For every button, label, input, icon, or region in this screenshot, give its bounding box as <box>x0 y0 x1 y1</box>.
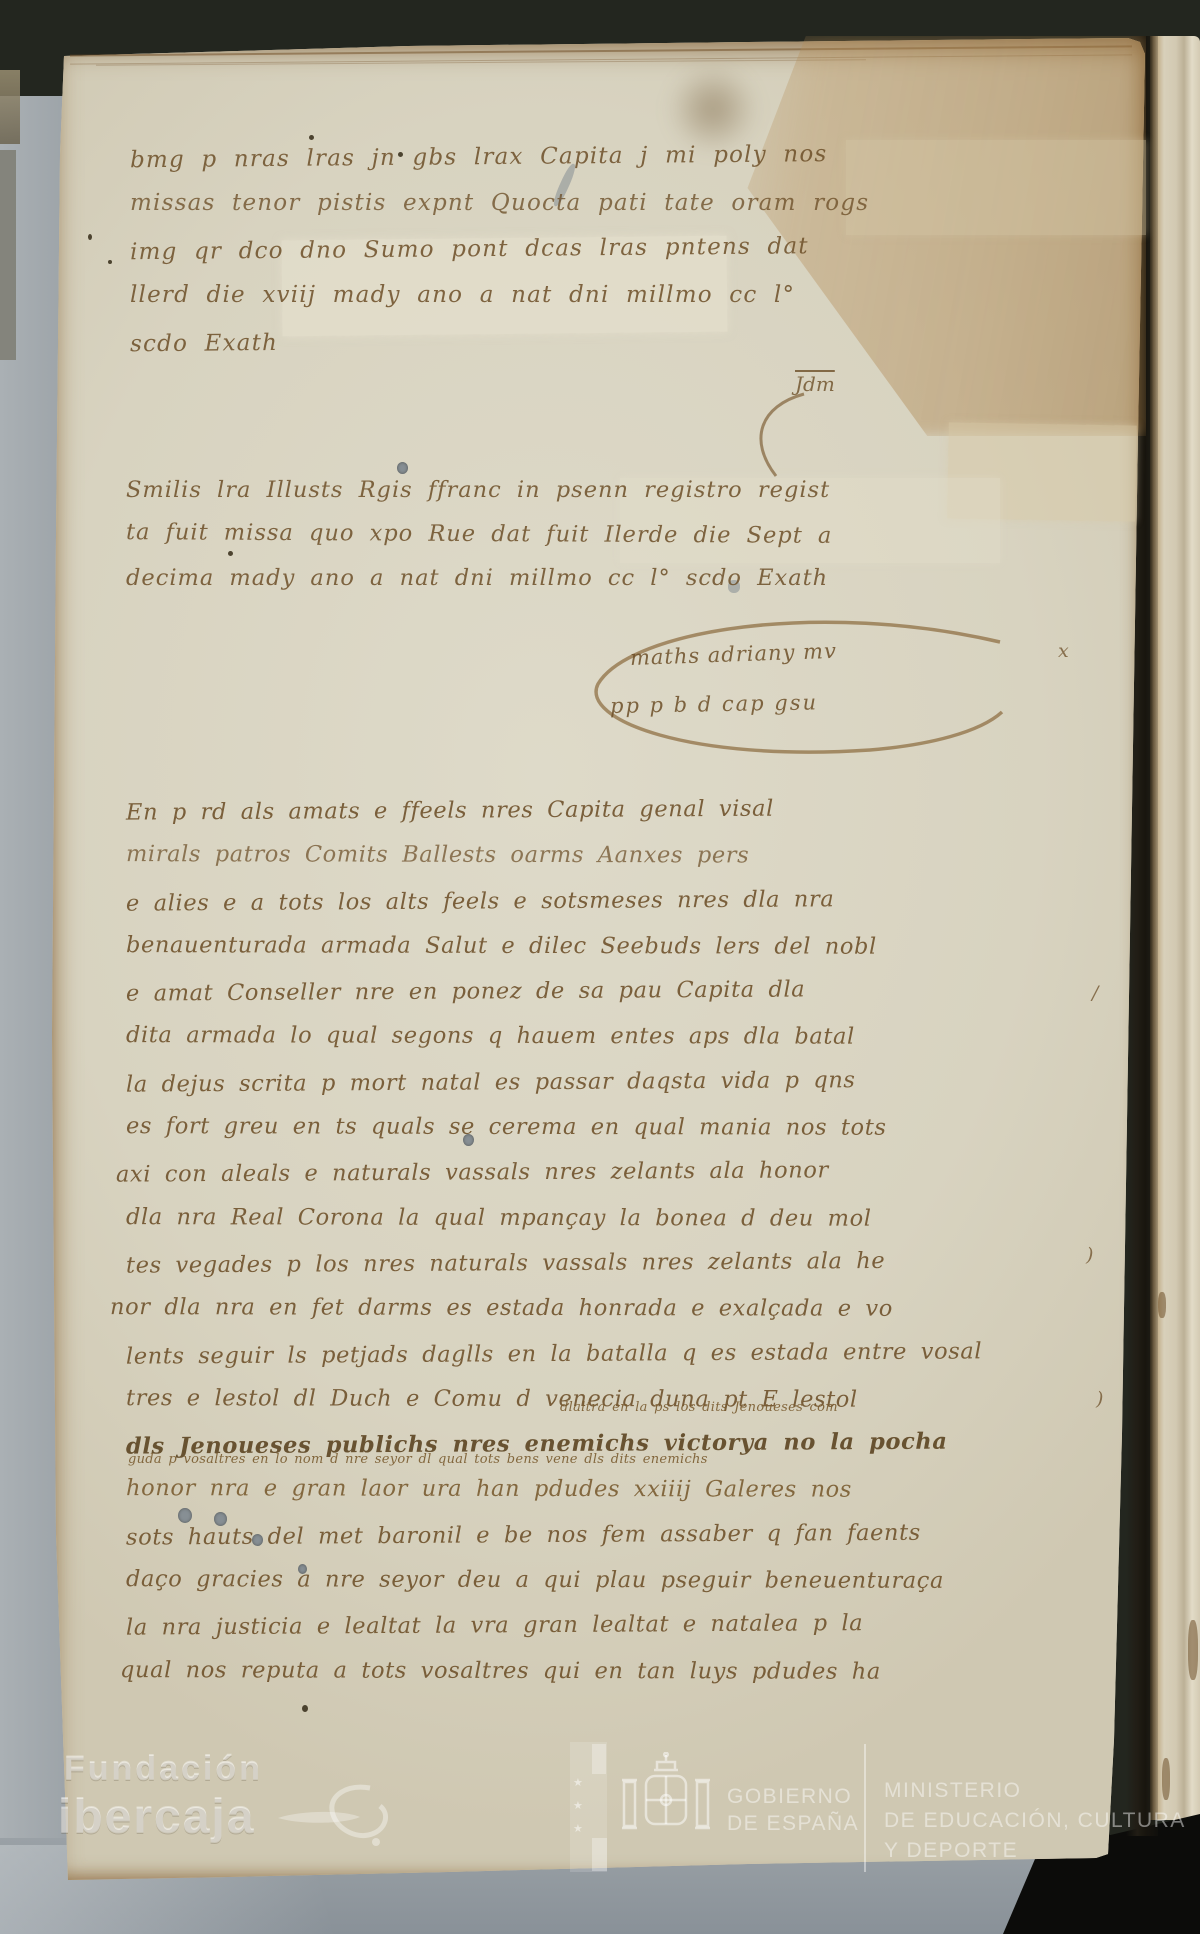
marginal-stroke: ) <box>1096 1388 1103 1410</box>
bleedthrough-ink-mark <box>1162 1758 1170 1800</box>
marginal-stroke: ) <box>1086 1244 1093 1266</box>
manuscript-line: daço gracies a nre seyor deu a qui plau … <box>126 1557 982 1604</box>
manuscript-line: llerd die xviij mady ano a nat dni millm… <box>130 272 869 318</box>
manuscript-line: honor nra e gran laor ura han pdudes xxi… <box>126 1467 982 1514</box>
letter-body-block: En p rd als amats e ffeels nres Capita g… <box>126 788 982 1694</box>
ibercaja-watermark-line1: Fundación <box>64 1750 263 1789</box>
signature-check-mark: x <box>1058 640 1069 662</box>
bleedthrough-ink-mark <box>1188 1620 1198 1680</box>
marginal-stroke: / <box>1092 982 1098 1004</box>
manuscript-line: sots hauts del met baronil e be nos fem … <box>126 1510 982 1561</box>
ink-speck <box>88 234 92 240</box>
manuscript-line: dita armada lo qual segons q hauem entes… <box>126 1014 982 1061</box>
manuscript-line: Smilis lra Illusts Rgis ffranc in psenn … <box>126 468 832 512</box>
manuscript-line: missas tenor pistis expnt Quocta pati ta… <box>130 180 869 226</box>
star-icon: ★ <box>573 1822 583 1835</box>
interlinear-note: dlaltra en la ps los dits Jenoueses com <box>560 1400 838 1415</box>
gov-flag-column: ★ ★ ★ <box>570 1742 607 1872</box>
manuscript-line: axi con aleals e naturals vassals nres z… <box>116 1148 982 1199</box>
ink-speck <box>108 260 112 264</box>
watermark-divider <box>864 1744 866 1872</box>
manuscript-line: tes vegades p los nres naturals vassals … <box>126 1238 982 1289</box>
archival-scan-stage: bmg p nras lras jn gbs lrax Capita j mi … <box>0 0 1200 1934</box>
manuscript-line: decima mady ano a nat dni millmo cc l° s… <box>126 556 832 600</box>
gobierno-watermark-line2: DE ESPAÑA <box>727 1812 859 1836</box>
gobierno-watermark-line1: GOBIERNO <box>727 1785 852 1809</box>
manuscript-line: img qr dco dno Sumo pont dcas lras pnten… <box>130 223 870 275</box>
ink-speck <box>302 1705 308 1712</box>
ibercaja-logo <box>272 1780 402 1865</box>
ibercaja-watermark-line2: ibercaja <box>58 1790 255 1845</box>
repair-tissue <box>846 140 1146 235</box>
manuscript-line: la dejus scrita p mort natal es passar d… <box>126 1057 982 1108</box>
star-icon: ★ <box>573 1776 583 1789</box>
manuscript-line: e alies e a tots los alts feels e sotsme… <box>126 876 982 927</box>
bleedthrough-ink-mark <box>1158 1292 1166 1318</box>
ministry-watermark-line3: Y DEPORTE <box>884 1839 1018 1863</box>
signature-title: pp p b d cap gsu <box>610 690 818 718</box>
manuscript-line: e amat Conseller nre en ponez de sa pau … <box>126 967 982 1018</box>
manuscript-line: es fort greu en ts quals se cerema en qu… <box>126 1104 982 1151</box>
spain-coat-of-arms-icon <box>616 1752 716 1862</box>
manuscript-line: bmg p nras lras jn gbs lrax Capita j mi … <box>130 131 870 183</box>
registry-note-block: Smilis lra Illusts Rgis ffranc in psenn … <box>126 468 832 600</box>
manuscript-line: mirals patros Comits Ballests oarms Aanx… <box>126 832 982 879</box>
manuscript-line: nor dla nra en fet darms es estada honra… <box>110 1285 982 1332</box>
manuscript-line: dla nra Real Corona la qual mpançay la b… <box>126 1195 982 1242</box>
manuscript-line: lents seguir ls petjads daglls en la bat… <box>126 1329 982 1380</box>
manuscript-line: tres e lestol dl Duch e Comu d venecia d… <box>126 1376 982 1423</box>
binding-edge-sliver <box>0 70 20 144</box>
cover-board-edge <box>0 150 16 360</box>
interlinear-note: guda p vosaltres en lo nom d nre seyor d… <box>128 1452 708 1467</box>
manuscript-line: ta fuit missa quo xpo Rue dat fuit Ilerd… <box>126 510 833 558</box>
ministry-watermark-line1: MINISTERIO <box>884 1779 1022 1803</box>
manuscript-line: scdo Exath <box>130 315 870 367</box>
gov-flag-notch <box>592 1838 607 1871</box>
latin-note-block: bmg p nras lras jn gbs lrax Capita j mi … <box>130 134 869 364</box>
gov-flag-notch <box>592 1744 606 1774</box>
manuscript-line: la nra justicia e lealtat la vra gran le… <box>126 1601 982 1652</box>
ministry-watermark-line2: DE EDUCACIÓN, CULTURA <box>884 1809 1186 1833</box>
manuscript-line: qual nos reputa a tots vosaltres qui en … <box>120 1648 982 1695</box>
star-icon: ★ <box>573 1799 583 1812</box>
manuscript-line: benauenturada armada Salut e dilec Seebu… <box>126 923 982 970</box>
manuscript-line: En p rd als amats e ffeels nres Capita g… <box>126 785 982 836</box>
